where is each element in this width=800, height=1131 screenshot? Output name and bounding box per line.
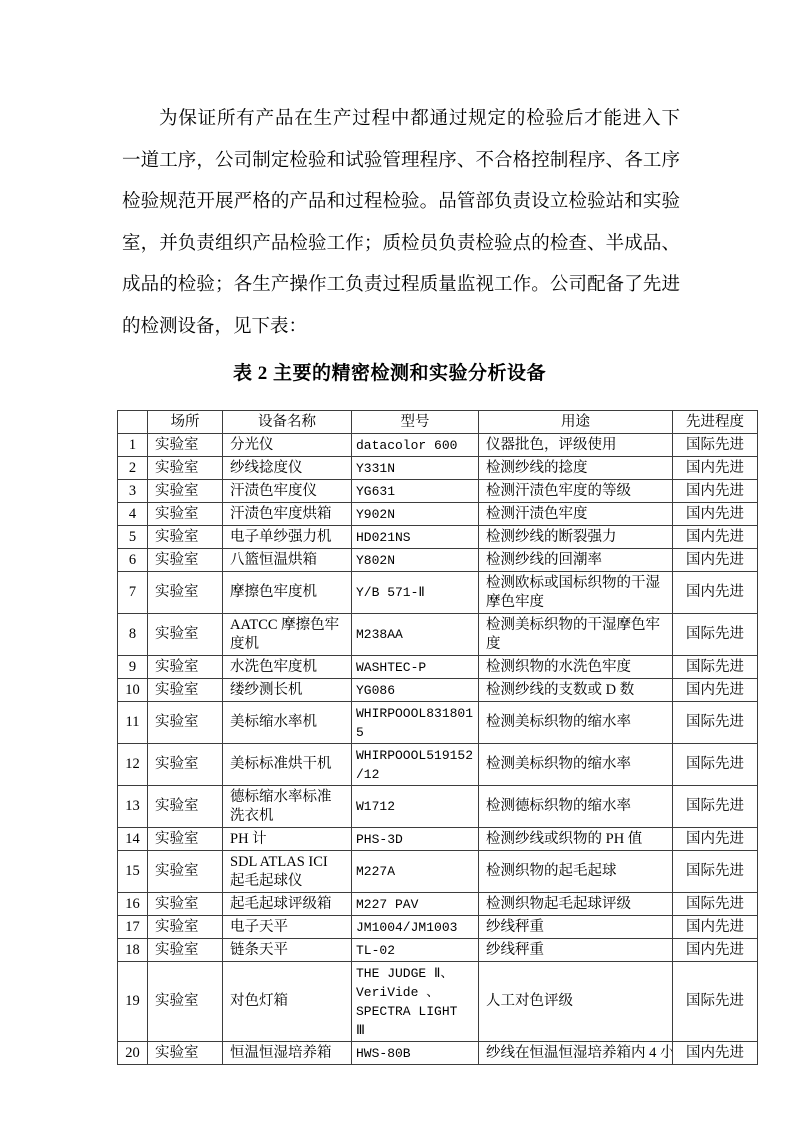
cell-use: 纱线秤重	[479, 916, 673, 939]
table-row: 15实验室SDL ATLAS ICI 起毛起球仪M227A检测织物的起毛起球国际…	[118, 851, 758, 893]
cell-use: 检测织物起毛起球评级	[479, 893, 673, 916]
cell-place: 实验室	[148, 1042, 223, 1065]
cell-level: 国内先进	[673, 526, 758, 549]
table-row: 14实验室PH 计PHS-3D检测纱线或织物的 PH 值国内先进	[118, 828, 758, 851]
header-cell-name: 设备名称	[223, 411, 352, 434]
cell-name: SDL ATLAS ICI 起毛起球仪	[223, 851, 352, 893]
header-cell-use: 用途	[479, 411, 673, 434]
table-row: 7实验室摩擦色牢度机Y/B 571-Ⅱ检测欧标或国标织物的干湿摩色牢度国内先进	[118, 572, 758, 614]
cell-model: Y902N	[352, 503, 479, 526]
cell-use: 检测纱线的支数或 D 数	[479, 679, 673, 702]
cell-level: 国际先进	[673, 434, 758, 457]
cell-place: 实验室	[148, 679, 223, 702]
table-caption: 表 2 主要的精密检测和实验分析设备	[233, 362, 546, 386]
cell-use: 纱线在恒温恒湿培养箱内 4 小	[479, 1042, 673, 1065]
cell-use: 检测汗渍色牢度	[479, 503, 673, 526]
cell-model: THE JUDGE Ⅱ、 VeriVide 、 SPECTRA LIGHT Ⅲ	[352, 962, 479, 1042]
cell-use: 检测纱线的捻度	[479, 457, 673, 480]
cell-use: 人工对色评级	[479, 962, 673, 1042]
table-row: 9实验室水洗色牢度机WASHTEC-P检测织物的水洗色牢度国际先进	[118, 656, 758, 679]
cell-place: 实验室	[148, 939, 223, 962]
cell-place: 实验室	[148, 572, 223, 614]
cell-level: 国际先进	[673, 786, 758, 828]
cell-use: 检测汗渍色牢度的等级	[479, 480, 673, 503]
cell-level: 国际先进	[673, 962, 758, 1042]
cell-place: 实验室	[148, 786, 223, 828]
cell-name: 美标缩水率机	[223, 702, 352, 744]
cell-place: 实验室	[148, 656, 223, 679]
cell-no: 12	[118, 744, 148, 786]
cell-name: 水洗色牢度机	[223, 656, 352, 679]
document-page: 为保证所有产品在生产过程中都通过规定的检验后才能进入下 一道工序，公司制定检验和…	[0, 0, 800, 1131]
cell-name: 汗渍色牢度仪	[223, 480, 352, 503]
cell-use: 纱线秤重	[479, 939, 673, 962]
table-row: 5实验室电子单纱强力机HD021NS检测纱线的断裂强力国内先进	[118, 526, 758, 549]
cell-level: 国内先进	[673, 457, 758, 480]
table-row: 12实验室美标标准烘干机WHIRPOOOL519152 /12检测美标织物的缩水…	[118, 744, 758, 786]
cell-place: 实验室	[148, 851, 223, 893]
cell-place: 实验室	[148, 702, 223, 744]
cell-place: 实验室	[148, 744, 223, 786]
paragraph-line: 室，并负责组织产品检验工作；质检员负责检验点的检查、半成品、	[122, 224, 680, 266]
table-row: 20实验室恒温恒湿培养箱HWS-80B纱线在恒温恒湿培养箱内 4 小国内先进	[118, 1042, 758, 1065]
cell-name: 分光仪	[223, 434, 352, 457]
table-row: 17实验室电子天平JM1004/JM1003纱线秤重国内先进	[118, 916, 758, 939]
cell-no: 7	[118, 572, 148, 614]
cell-model: WHIRPOOOL519152 /12	[352, 744, 479, 786]
cell-level: 国内先进	[673, 549, 758, 572]
cell-place: 实验室	[148, 434, 223, 457]
cell-level: 国内先进	[673, 503, 758, 526]
cell-use: 检测美标织物的缩水率	[479, 702, 673, 744]
cell-name: 对色灯箱	[223, 962, 352, 1042]
cell-no: 13	[118, 786, 148, 828]
cell-model: M227A	[352, 851, 479, 893]
cell-use: 检测纱线的断裂强力	[479, 526, 673, 549]
cell-level: 国内先进	[673, 679, 758, 702]
header-cell-level: 先进程度	[673, 411, 758, 434]
cell-use: 检测欧标或国标织物的干湿摩色牢度	[479, 572, 673, 614]
cell-name: PH 计	[223, 828, 352, 851]
cell-level: 国际先进	[673, 744, 758, 786]
cell-place: 实验室	[148, 526, 223, 549]
cell-model: PHS-3D	[352, 828, 479, 851]
cell-model: YG086	[352, 679, 479, 702]
table-row: 2实验室纱线捻度仪Y331N检测纱线的捻度国内先进	[118, 457, 758, 480]
cell-place: 实验室	[148, 480, 223, 503]
cell-name: 起毛起球评级箱	[223, 893, 352, 916]
cell-no: 17	[118, 916, 148, 939]
cell-model: Y802N	[352, 549, 479, 572]
cell-model: WHIRPOOOL831801 5	[352, 702, 479, 744]
cell-use: 仪器批色，评级使用	[479, 434, 673, 457]
table-row: 13实验室德标缩水率标准洗衣机W1712检测德标织物的缩水率国际先进	[118, 786, 758, 828]
cell-level: 国际先进	[673, 614, 758, 656]
paragraph-line: 一道工序，公司制定检验和试验管理程序、不合格控制程序、各工序	[122, 141, 680, 183]
cell-no: 19	[118, 962, 148, 1042]
cell-model: datacolor 600	[352, 434, 479, 457]
cell-name: 汗渍色牢度烘箱	[223, 503, 352, 526]
cell-level: 国内先进	[673, 828, 758, 851]
cell-model: HD021NS	[352, 526, 479, 549]
cell-level: 国际先进	[673, 893, 758, 916]
cell-no: 16	[118, 893, 148, 916]
cell-place: 实验室	[148, 893, 223, 916]
table-row: 16实验室起毛起球评级箱M227 PAV检测织物起毛起球评级国际先进	[118, 893, 758, 916]
cell-level: 国际先进	[673, 656, 758, 679]
cell-name: 链条天平	[223, 939, 352, 962]
cell-name: 纱线捻度仪	[223, 457, 352, 480]
cell-use: 检测美标织物的干湿摩色牢度	[479, 614, 673, 656]
header-row: 场所 设备名称 型号 用途 先进程度	[118, 411, 758, 434]
table-row: 3实验室汗渍色牢度仪YG631检测汗渍色牢度的等级国内先进	[118, 480, 758, 503]
equipment-table-body: 1实验室分光仪datacolor 600仪器批色，评级使用国际先进2实验室纱线捻…	[118, 434, 758, 1065]
cell-model: W1712	[352, 786, 479, 828]
cell-model: M238AA	[352, 614, 479, 656]
cell-name: 电子天平	[223, 916, 352, 939]
cell-use: 检测德标织物的缩水率	[479, 786, 673, 828]
cell-use: 检测织物的起毛起球	[479, 851, 673, 893]
cell-model: WASHTEC-P	[352, 656, 479, 679]
table-row: 10实验室缕纱测长机YG086检测纱线的支数或 D 数国内先进	[118, 679, 758, 702]
cell-place: 实验室	[148, 549, 223, 572]
table-row: 11实验室美标缩水率机WHIRPOOOL831801 5检测美标织物的缩水率国际…	[118, 702, 758, 744]
cell-name: AATCC 摩擦色牢度机	[223, 614, 352, 656]
cell-name: 电子单纱强力机	[223, 526, 352, 549]
table-row: 6实验室八篮恒温烘箱Y802N检测纱线的回潮率国内先进	[118, 549, 758, 572]
cell-no: 4	[118, 503, 148, 526]
cell-no: 11	[118, 702, 148, 744]
cell-no: 1	[118, 434, 148, 457]
table-row: 1实验室分光仪datacolor 600仪器批色，评级使用国际先进	[118, 434, 758, 457]
header-cell-model: 型号	[352, 411, 479, 434]
cell-level: 国内先进	[673, 939, 758, 962]
header-cell-place: 场所	[148, 411, 223, 434]
paragraph-line: 的检测设备，见下表：	[122, 307, 680, 349]
cell-name: 缕纱测长机	[223, 679, 352, 702]
cell-level: 国际先进	[673, 851, 758, 893]
cell-place: 实验室	[148, 614, 223, 656]
cell-level: 国内先进	[673, 1042, 758, 1065]
cell-place: 实验室	[148, 916, 223, 939]
table-row: 18实验室链条天平TL-02纱线秤重国内先进	[118, 939, 758, 962]
equipment-table: 场所 设备名称 型号 用途 先进程度 1实验室分光仪datacolor 600仪…	[117, 410, 758, 1065]
cell-model: JM1004/JM1003	[352, 916, 479, 939]
paragraph-line: 检验规范开展严格的产品和过程检验。品管部负责设立检验站和实验	[122, 182, 680, 224]
cell-model: M227 PAV	[352, 893, 479, 916]
cell-use: 检测纱线或织物的 PH 值	[479, 828, 673, 851]
cell-use: 检测织物的水洗色牢度	[479, 656, 673, 679]
cell-name: 八篮恒温烘箱	[223, 549, 352, 572]
cell-level: 国际先进	[673, 702, 758, 744]
table-row: 8实验室AATCC 摩擦色牢度机M238AA检测美标织物的干湿摩色牢度国际先进	[118, 614, 758, 656]
cell-name: 德标缩水率标准洗衣机	[223, 786, 352, 828]
cell-place: 实验室	[148, 457, 223, 480]
cell-name: 摩擦色牢度机	[223, 572, 352, 614]
cell-use: 检测美标织物的缩水率	[479, 744, 673, 786]
cell-no: 14	[118, 828, 148, 851]
cell-place: 实验室	[148, 828, 223, 851]
cell-name: 美标标准烘干机	[223, 744, 352, 786]
cell-no: 9	[118, 656, 148, 679]
body-paragraph: 为保证所有产品在生产过程中都通过规定的检验后才能进入下 一道工序，公司制定检验和…	[122, 99, 680, 348]
paragraph-line: 为保证所有产品在生产过程中都通过规定的检验后才能进入下	[122, 99, 680, 141]
cell-no: 8	[118, 614, 148, 656]
cell-level: 国内先进	[673, 916, 758, 939]
cell-level: 国内先进	[673, 480, 758, 503]
cell-no: 2	[118, 457, 148, 480]
paragraph-line: 成品的检验；各生产操作工负责过程质量监视工作。公司配备了先进	[122, 265, 680, 307]
cell-no: 10	[118, 679, 148, 702]
header-cell-no	[118, 411, 148, 434]
cell-model: Y331N	[352, 457, 479, 480]
cell-name: 恒温恒湿培养箱	[223, 1042, 352, 1065]
cell-place: 实验室	[148, 503, 223, 526]
cell-no: 18	[118, 939, 148, 962]
cell-use: 检测纱线的回潮率	[479, 549, 673, 572]
table-row: 19实验室对色灯箱THE JUDGE Ⅱ、 VeriVide 、 SPECTRA…	[118, 962, 758, 1042]
cell-model: TL-02	[352, 939, 479, 962]
equipment-table-header: 场所 设备名称 型号 用途 先进程度	[118, 411, 758, 434]
cell-place: 实验室	[148, 962, 223, 1042]
cell-no: 3	[118, 480, 148, 503]
table-row: 4实验室汗渍色牢度烘箱Y902N检测汗渍色牢度国内先进	[118, 503, 758, 526]
cell-model: Y/B 571-Ⅱ	[352, 572, 479, 614]
cell-no: 6	[118, 549, 148, 572]
cell-model: YG631	[352, 480, 479, 503]
cell-no: 20	[118, 1042, 148, 1065]
cell-no: 5	[118, 526, 148, 549]
cell-level: 国内先进	[673, 572, 758, 614]
cell-model: HWS-80B	[352, 1042, 479, 1065]
cell-no: 15	[118, 851, 148, 893]
